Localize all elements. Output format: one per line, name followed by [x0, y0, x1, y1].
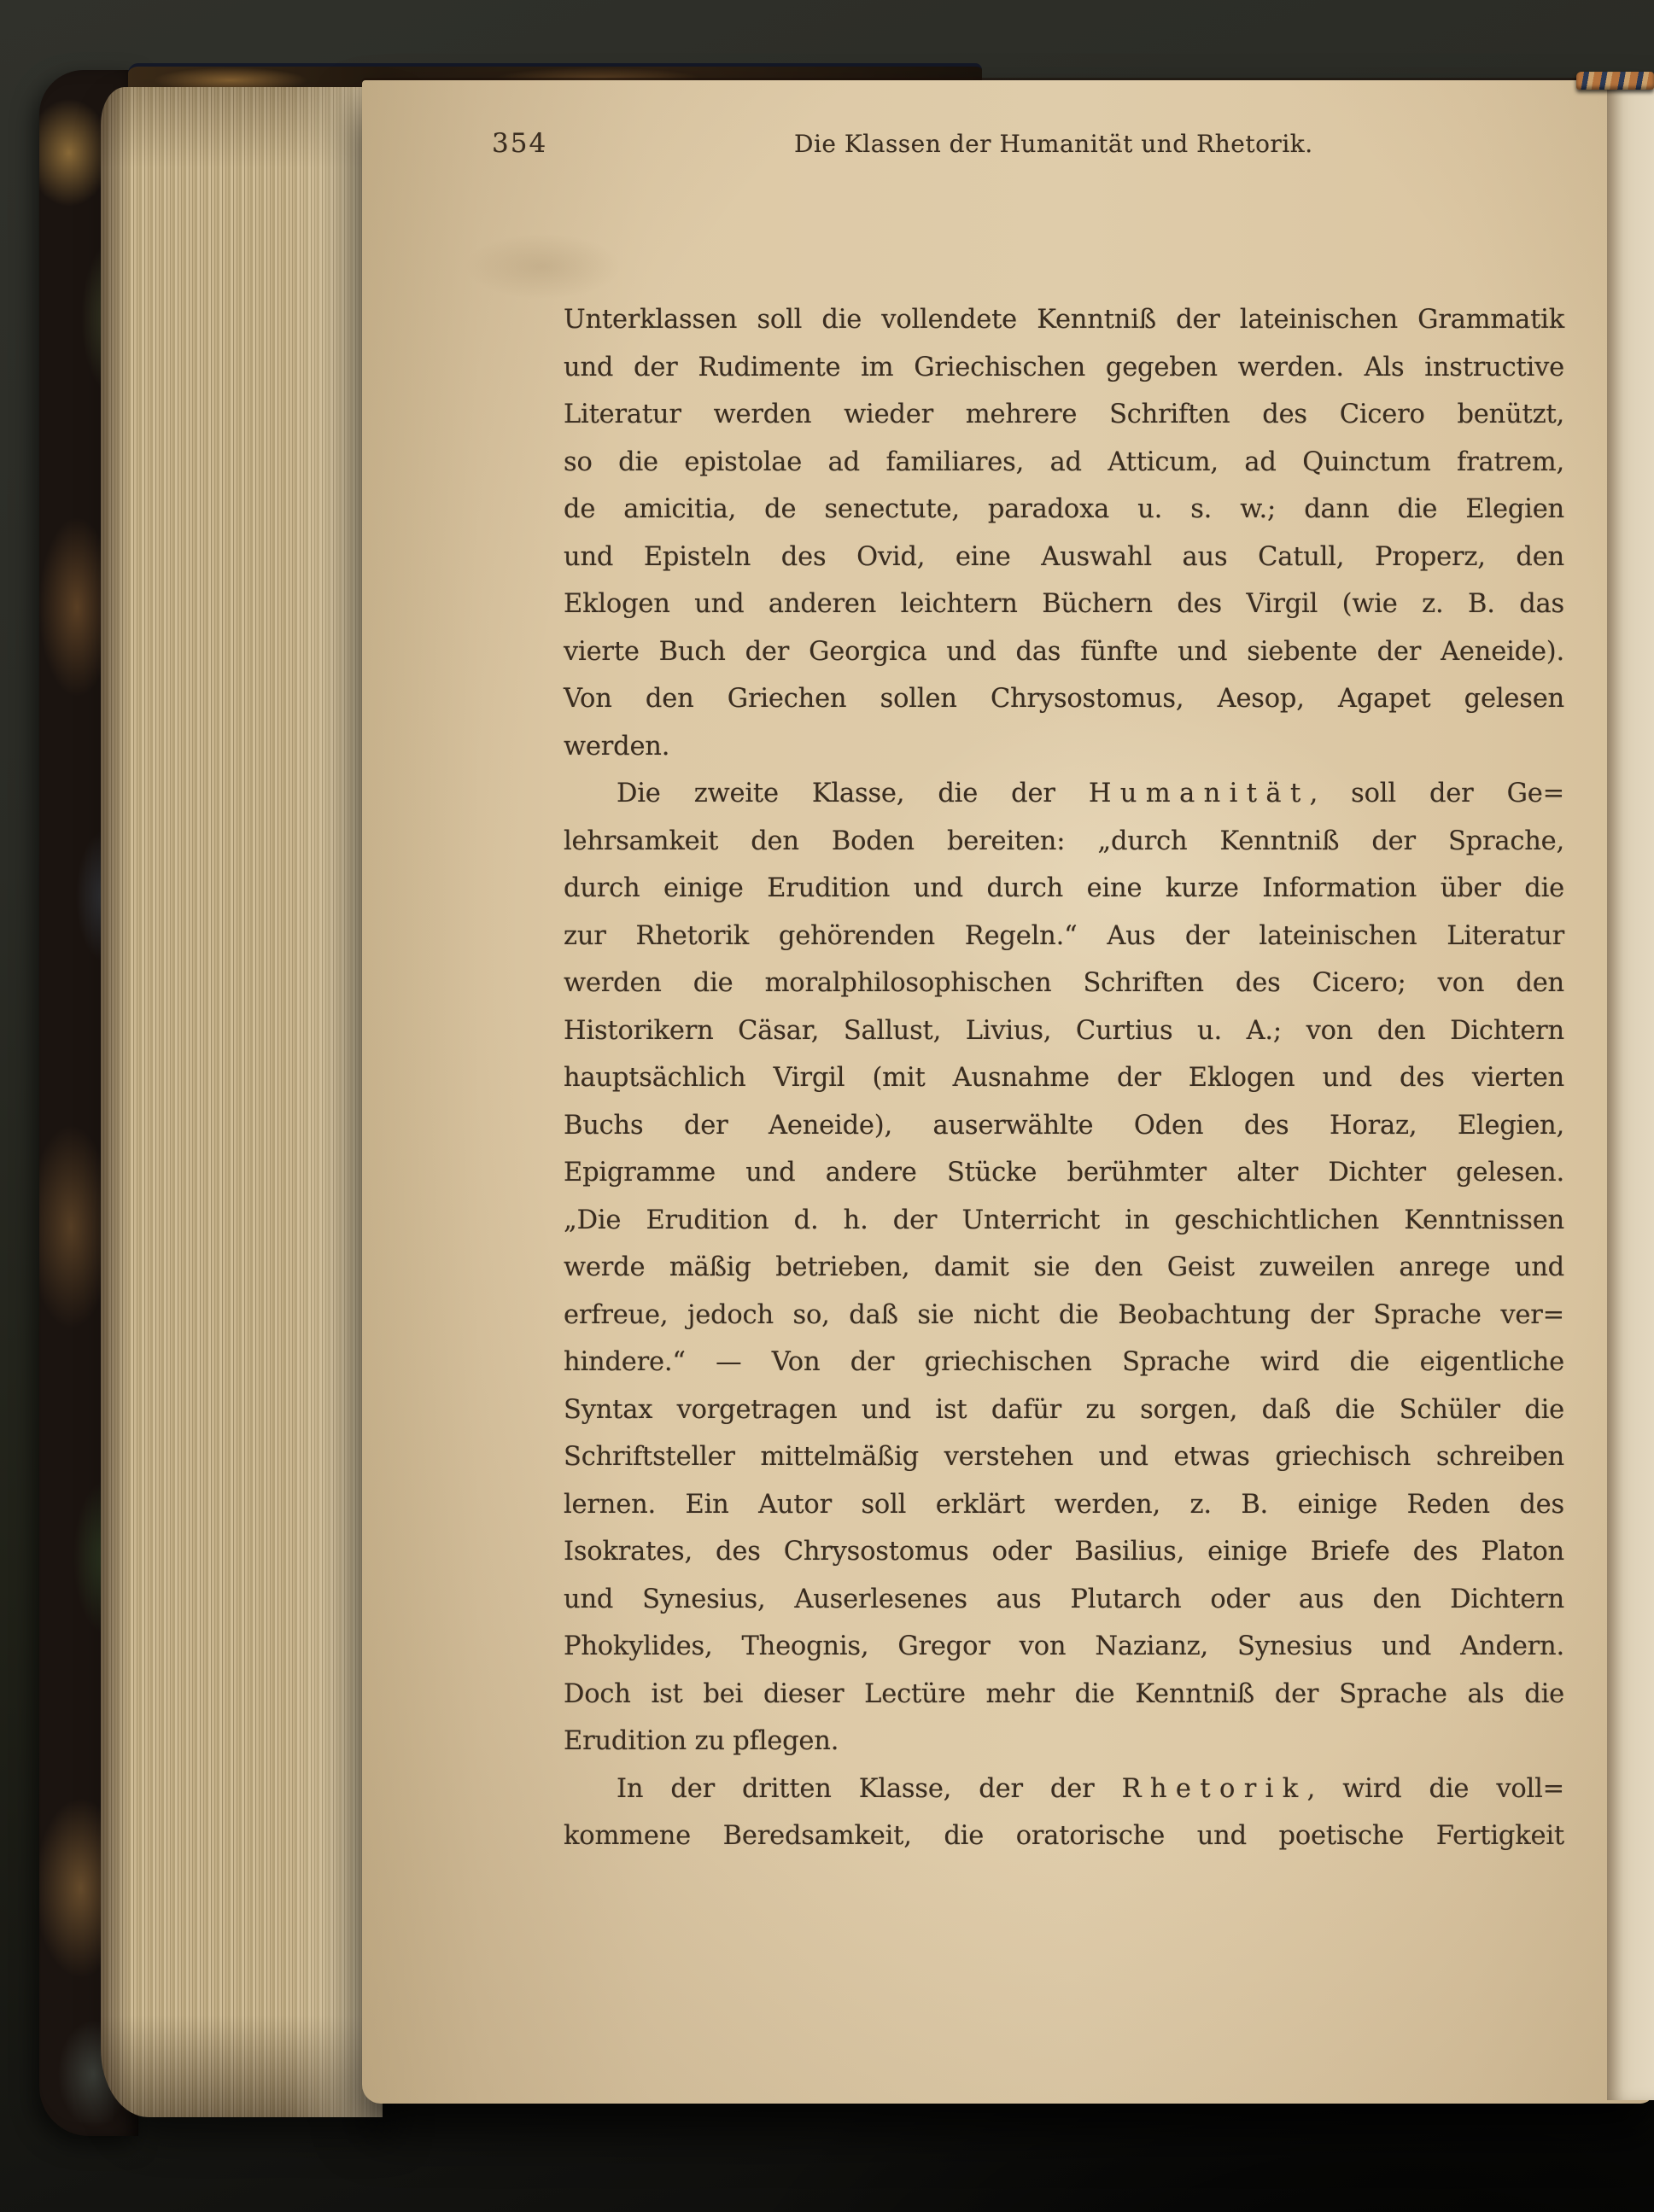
text-line: de amicitia, de senectute, paradoxa u. s… — [564, 486, 1564, 534]
text-line: hindere.“ — Von der griechischen Sprache… — [564, 1339, 1564, 1386]
text-line: hauptsächlich Virgil (mit Ausnahme der E… — [564, 1054, 1564, 1102]
letterspaced-word: Rhetorik — [1122, 1774, 1307, 1804]
text-line: Buchs der Aeneide), auserwählte Oden des… — [564, 1102, 1564, 1150]
text-line: so die epistolae ad familiares, ad Attic… — [564, 439, 1564, 487]
scanned-book-photo: 354 Die Klassen der Humanität und Rhetor… — [0, 0, 1654, 2212]
headband — [1576, 72, 1654, 90]
text-line: Unterklassen soll die vollendete Kenntni… — [564, 296, 1564, 344]
text-line: Eklogen und anderen leichtern Büchern de… — [564, 581, 1564, 628]
text-line: Phokylides, Theognis, Gregor von Nazianz… — [564, 1623, 1564, 1671]
text-line: lehrsamkeit den Boden bereiten: „durch K… — [564, 818, 1564, 866]
text-line: werden die moralphilosophischen Schrifte… — [564, 960, 1564, 1007]
text-line: zur Rhetorik gehörenden Regeln.“ Aus der… — [564, 913, 1564, 960]
running-head: Die Klassen der Humanität und Rhetorik. — [794, 130, 1324, 158]
gutter-page-sliver — [1607, 82, 1654, 2100]
text-line: und der Rudimente im Griechischen gegebe… — [564, 344, 1564, 392]
text-line: Doch ist bei dieser Lectüre mehr die Ken… — [564, 1671, 1564, 1719]
text-line: In der dritten Klasse, der der Rhetorik,… — [564, 1766, 1564, 1813]
text-line: „Die Erudition d. h. der Unterricht in g… — [564, 1197, 1564, 1245]
text-line: Isokrates, des Chrysostomus oder Basiliu… — [564, 1528, 1564, 1576]
text-line: erfreue, jedoch so, daß sie nicht die Be… — [564, 1292, 1564, 1339]
body-text: Unterklassen soll die vollendete Kenntni… — [564, 296, 1564, 1860]
text-line: Schriftsteller mittelmäßig verstehen und… — [564, 1433, 1564, 1481]
text-line: werden. — [564, 723, 1564, 771]
text-line: Die zweite Klasse, die der Humanität, so… — [564, 770, 1564, 818]
text-line: Historikern Cäsar, Sallust, Livius, Curt… — [564, 1007, 1564, 1055]
text-line: werde mäßig betrieben, damit sie den Gei… — [564, 1244, 1564, 1292]
text-line: kommene Beredsamkeit, die oratorische un… — [564, 1812, 1564, 1860]
text-line: Von den Griechen sollen Chrysostomus, Ae… — [564, 675, 1564, 723]
text-line: vierte Buch der Georgica und das fünfte … — [564, 628, 1564, 676]
text-line: Epigramme und andere Stücke berühmter al… — [564, 1149, 1564, 1197]
text-line: Erudition zu pflegen. — [564, 1718, 1564, 1766]
text-line: lernen. Ein Autor soll erklärt werden, z… — [564, 1481, 1564, 1529]
text-line: Literatur werden wieder mehrere Schrifte… — [564, 391, 1564, 439]
text-line: durch einige Erudition und durch eine ku… — [564, 865, 1564, 913]
text-line: und Synesius, Auserlesenes aus Plutarch … — [564, 1576, 1564, 1624]
page-stack-fore-edge — [101, 87, 383, 2117]
text-line: Syntax vorgetragen und ist dafür zu sorg… — [564, 1386, 1564, 1434]
text-line: und Episteln des Ovid, eine Auswahl aus … — [564, 534, 1564, 581]
letterspaced-word: Humanität — [1089, 779, 1310, 808]
page-number: 354 — [492, 128, 547, 159]
